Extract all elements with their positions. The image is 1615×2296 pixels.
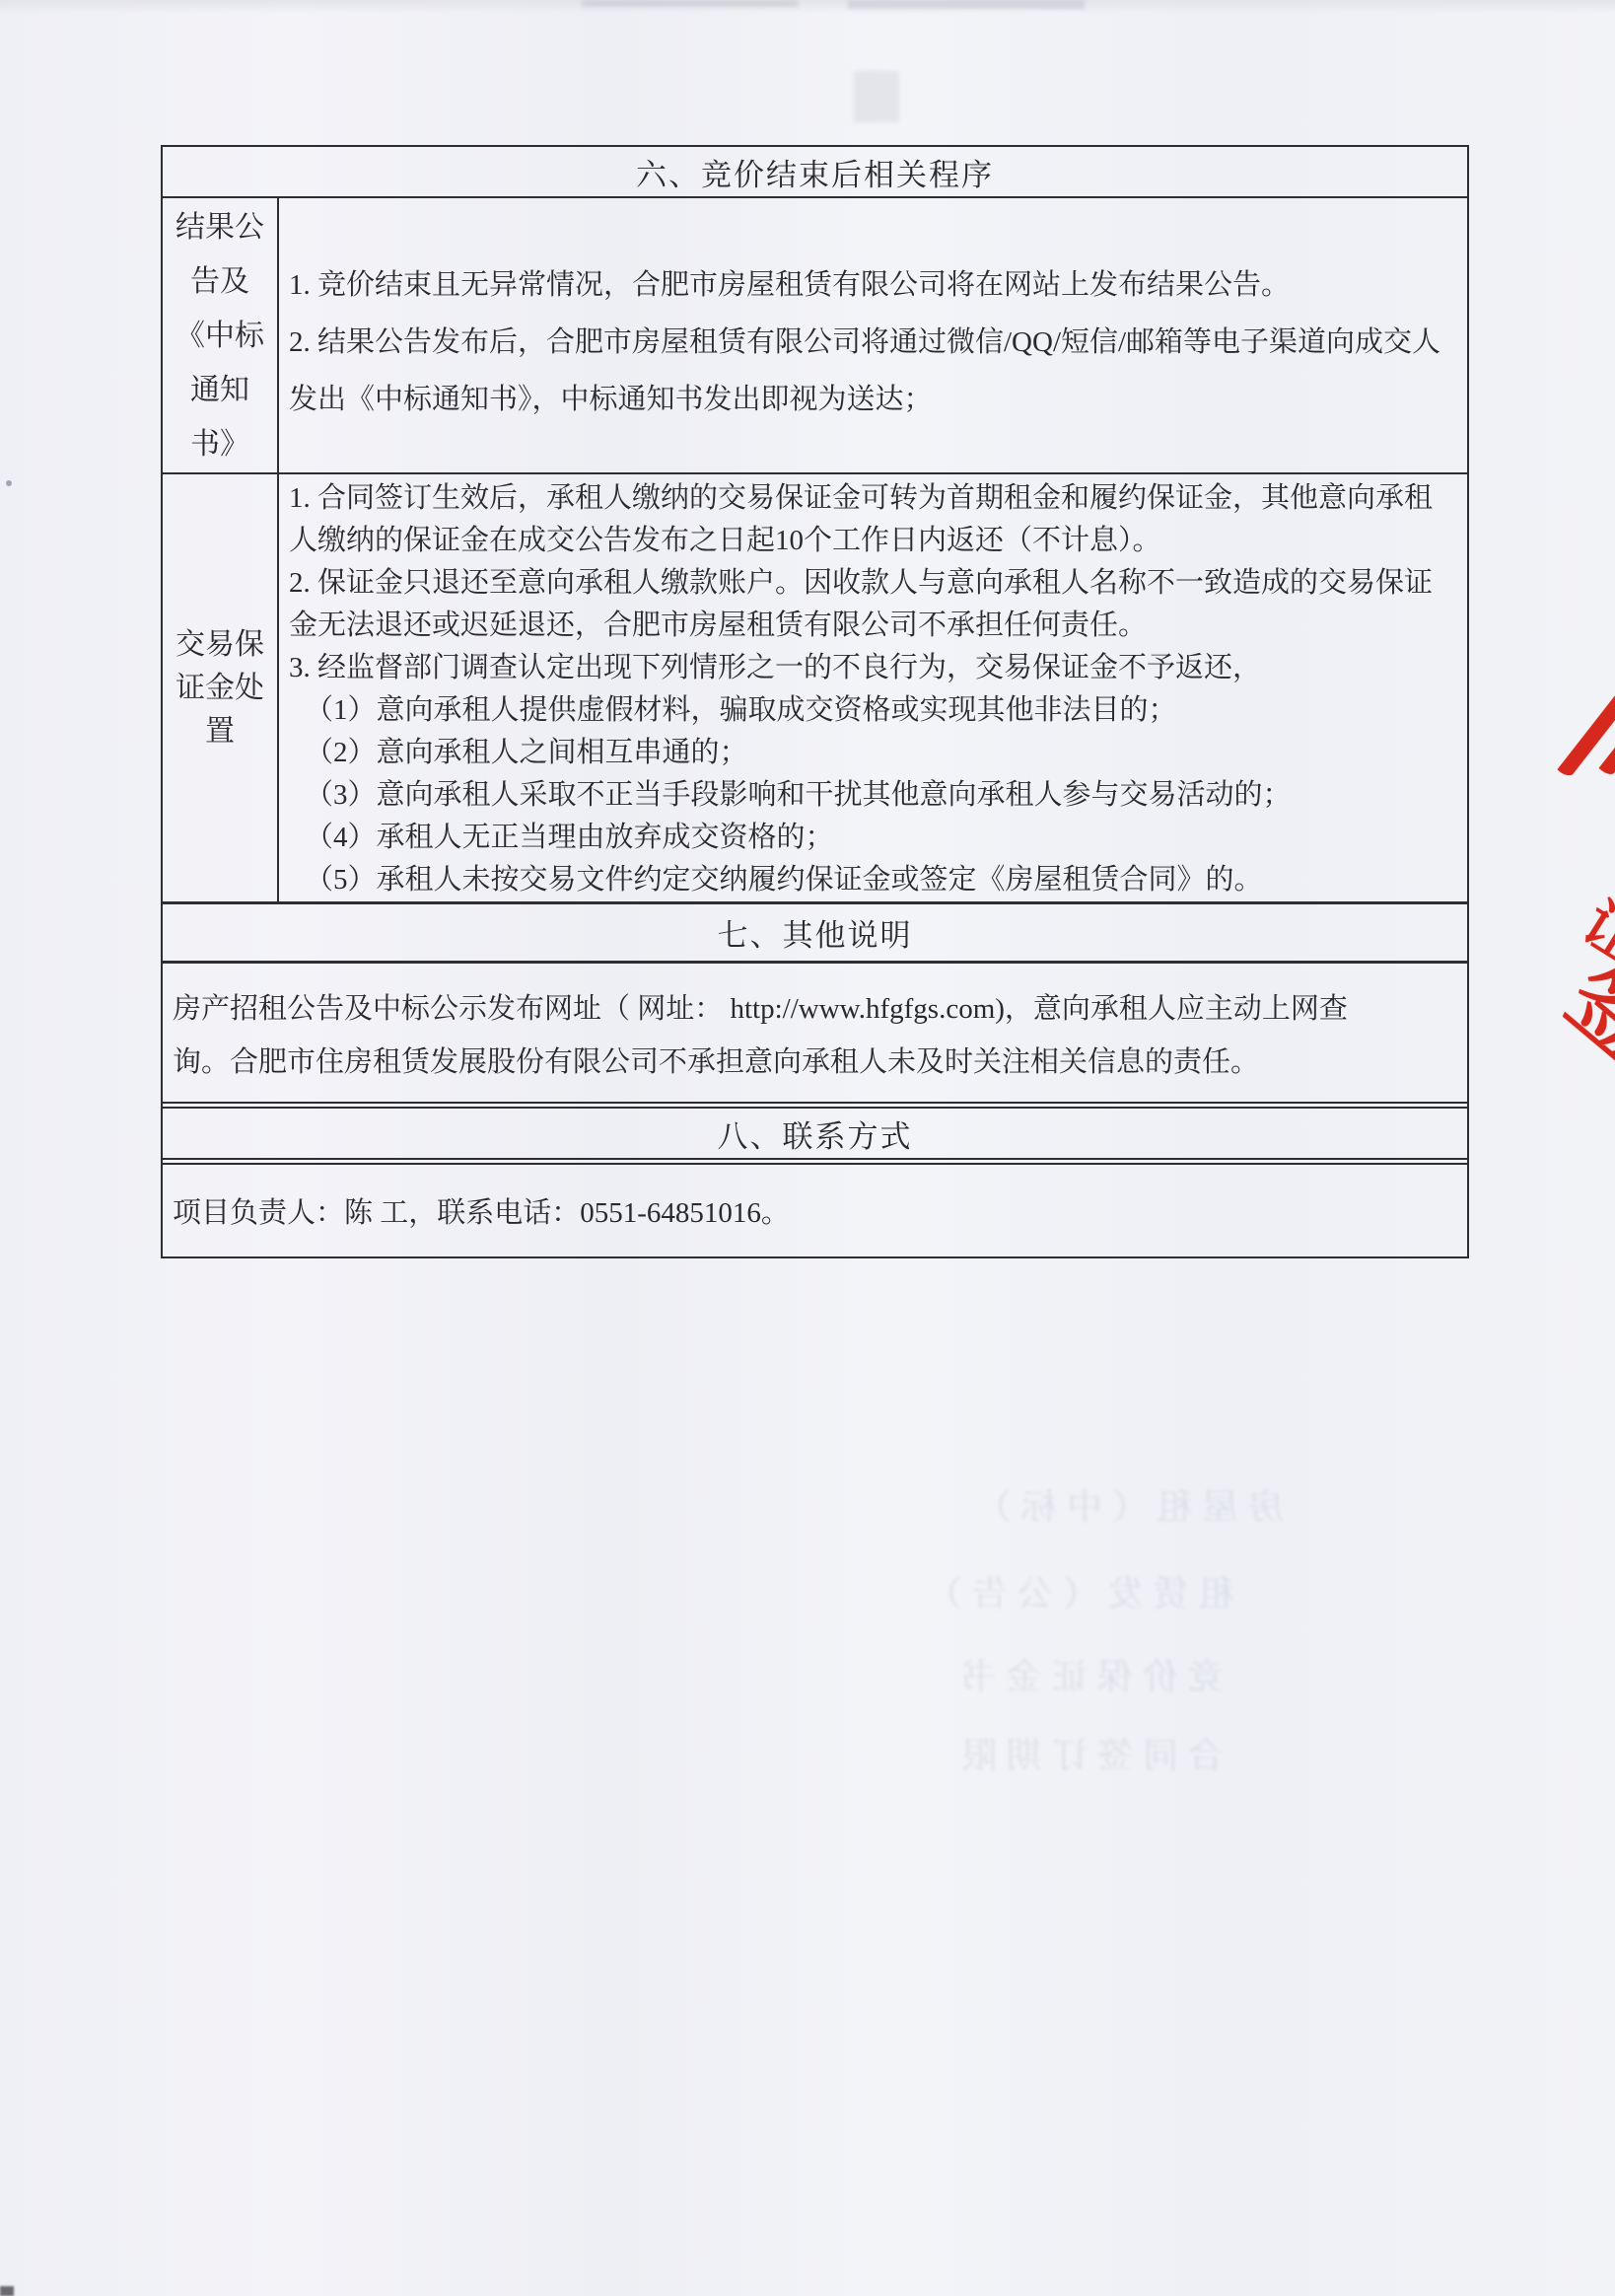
label-line: 证金处: [176, 667, 264, 710]
bleed-through-text: 房屋租（中标）: [966, 1479, 1284, 1530]
label-line: 告及: [190, 254, 249, 309]
text-line: 人缴纳的保证金在成交公告发布之日起10个工作日内返还（不计息）。: [289, 520, 1467, 562]
deposit-handling-row: 交易保 证金处 置 1. 合同签订生效后，承租人缴纳的交易保证金可转为首期租金和…: [163, 474, 1467, 904]
red-seal-fragment: 同: [1538, 647, 1615, 866]
text-line: （4）承租人无正当理由放弃成交资格的；: [289, 817, 1467, 859]
label-line: 交易保: [176, 623, 264, 667]
section7-content: 房产招租公告及中标公示发布网址（ 网址： http://www.hfgfgs.c…: [163, 964, 1467, 1102]
scanned-page: 六、竞价结束后相关程序 结果公 告及 《中标 通知 书》 1. 竞价结束且无异常…: [0, 0, 1615, 2296]
text-line: （5）承租人未按交易文件约定交纳履约保证金或签定《房屋租赁合同》的。: [289, 859, 1467, 901]
section7-header: 七、其他说明: [163, 904, 1467, 964]
row2-content: 1. 合同签订生效后，承租人缴纳的交易保证金可转为首期租金和履约保证金，其他意向…: [279, 474, 1467, 901]
text-line: 3. 经监督部门调查认定出现下列情形之一的不良行为，交易保证金不予返还，: [289, 647, 1467, 689]
label-line: 结果公: [176, 200, 264, 254]
text-line: 1. 竞价结束且无异常情况，合肥市房屋租赁有限公司将在网站上发布结果公告。: [289, 256, 1467, 314]
scan-corner-mark: [0, 2286, 14, 2296]
bleed-through-text: 合同签订期限: [951, 1728, 1224, 1778]
text-line: 询。合肥市住房租赁发展股份有限公司不承担意向承租人未及时关注相关信息的责任。: [173, 1036, 1467, 1089]
scan-speck: [6, 480, 12, 486]
text-line: 房产招租公告及中标公示发布网址（ 网址： http://www.hfgfgs.c…: [173, 982, 1467, 1036]
row1-label: 结果公 告及 《中标 通知 书》: [163, 198, 279, 472]
text-line: （3）意向承租人采取不正当手段影响和干扰其他意向承租人参与交易活动的；: [289, 774, 1467, 817]
text-line: 发出《中标通知书》，中标通知书发出即视为送达；: [289, 371, 1467, 428]
label-line: 通知: [190, 363, 249, 417]
scan-artifact: [848, 0, 1085, 9]
bleed-through-text: 租赁发（公告）: [917, 1566, 1234, 1616]
text-line: 2. 保证金只退还至意向承租人缴款账户。因收款人与意向承租人名称不一致造成的交易…: [289, 562, 1467, 605]
bid-procedures-table: 六、竞价结束后相关程序 结果公 告及 《中标 通知 书》 1. 竞价结束且无异常…: [161, 145, 1469, 1258]
row2-label: 交易保 证金处 置: [163, 474, 279, 901]
text-line: 1. 合同签订生效后，承租人缴纳的交易保证金可转为首期租金和履约保证金，其他意向…: [289, 477, 1467, 520]
section6-header: 六、竞价结束后相关程序: [163, 147, 1467, 198]
scan-artifact: [582, 0, 799, 7]
text-line: （1）意向承租人提供虚假材料，骗取成交资格或实现其他非法目的；: [289, 689, 1467, 732]
section8-content: 项目负责人：陈 工，联系电话：0551-64851016。: [163, 1165, 1467, 1256]
bleed-through-text: 竞价保证金书: [951, 1649, 1224, 1699]
result-announcement-row: 结果公 告及 《中标 通知 书》 1. 竞价结束且无异常情况，合肥市房屋租赁有限…: [163, 198, 1467, 474]
red-seal-fragment: 签: [1552, 954, 1615, 1073]
label-line: 书》: [190, 417, 249, 471]
label-line: 置: [205, 710, 235, 753]
text-line: 金无法退还或迟延退还，合肥市房屋租赁有限公司不承担任何责任。: [289, 605, 1467, 647]
text-line: （2）意向承租人之间相互串通的；: [289, 732, 1467, 774]
text-line: 项目负责人：陈 工，联系电话：0551-64851016。: [173, 1190, 1467, 1231]
scan-artifact: [854, 71, 899, 122]
label-line: 《中标: [176, 309, 264, 363]
text-line: 2. 结果公告发布后，合肥市房屋租赁有限公司将通过微信/QQ/短信/邮箱等电子渠…: [289, 314, 1467, 371]
row1-content: 1. 竞价结束且无异常情况，合肥市房屋租赁有限公司将在网站上发布结果公告。 2.…: [279, 198, 1467, 472]
section8-header: 八、联系方式: [163, 1102, 1467, 1165]
